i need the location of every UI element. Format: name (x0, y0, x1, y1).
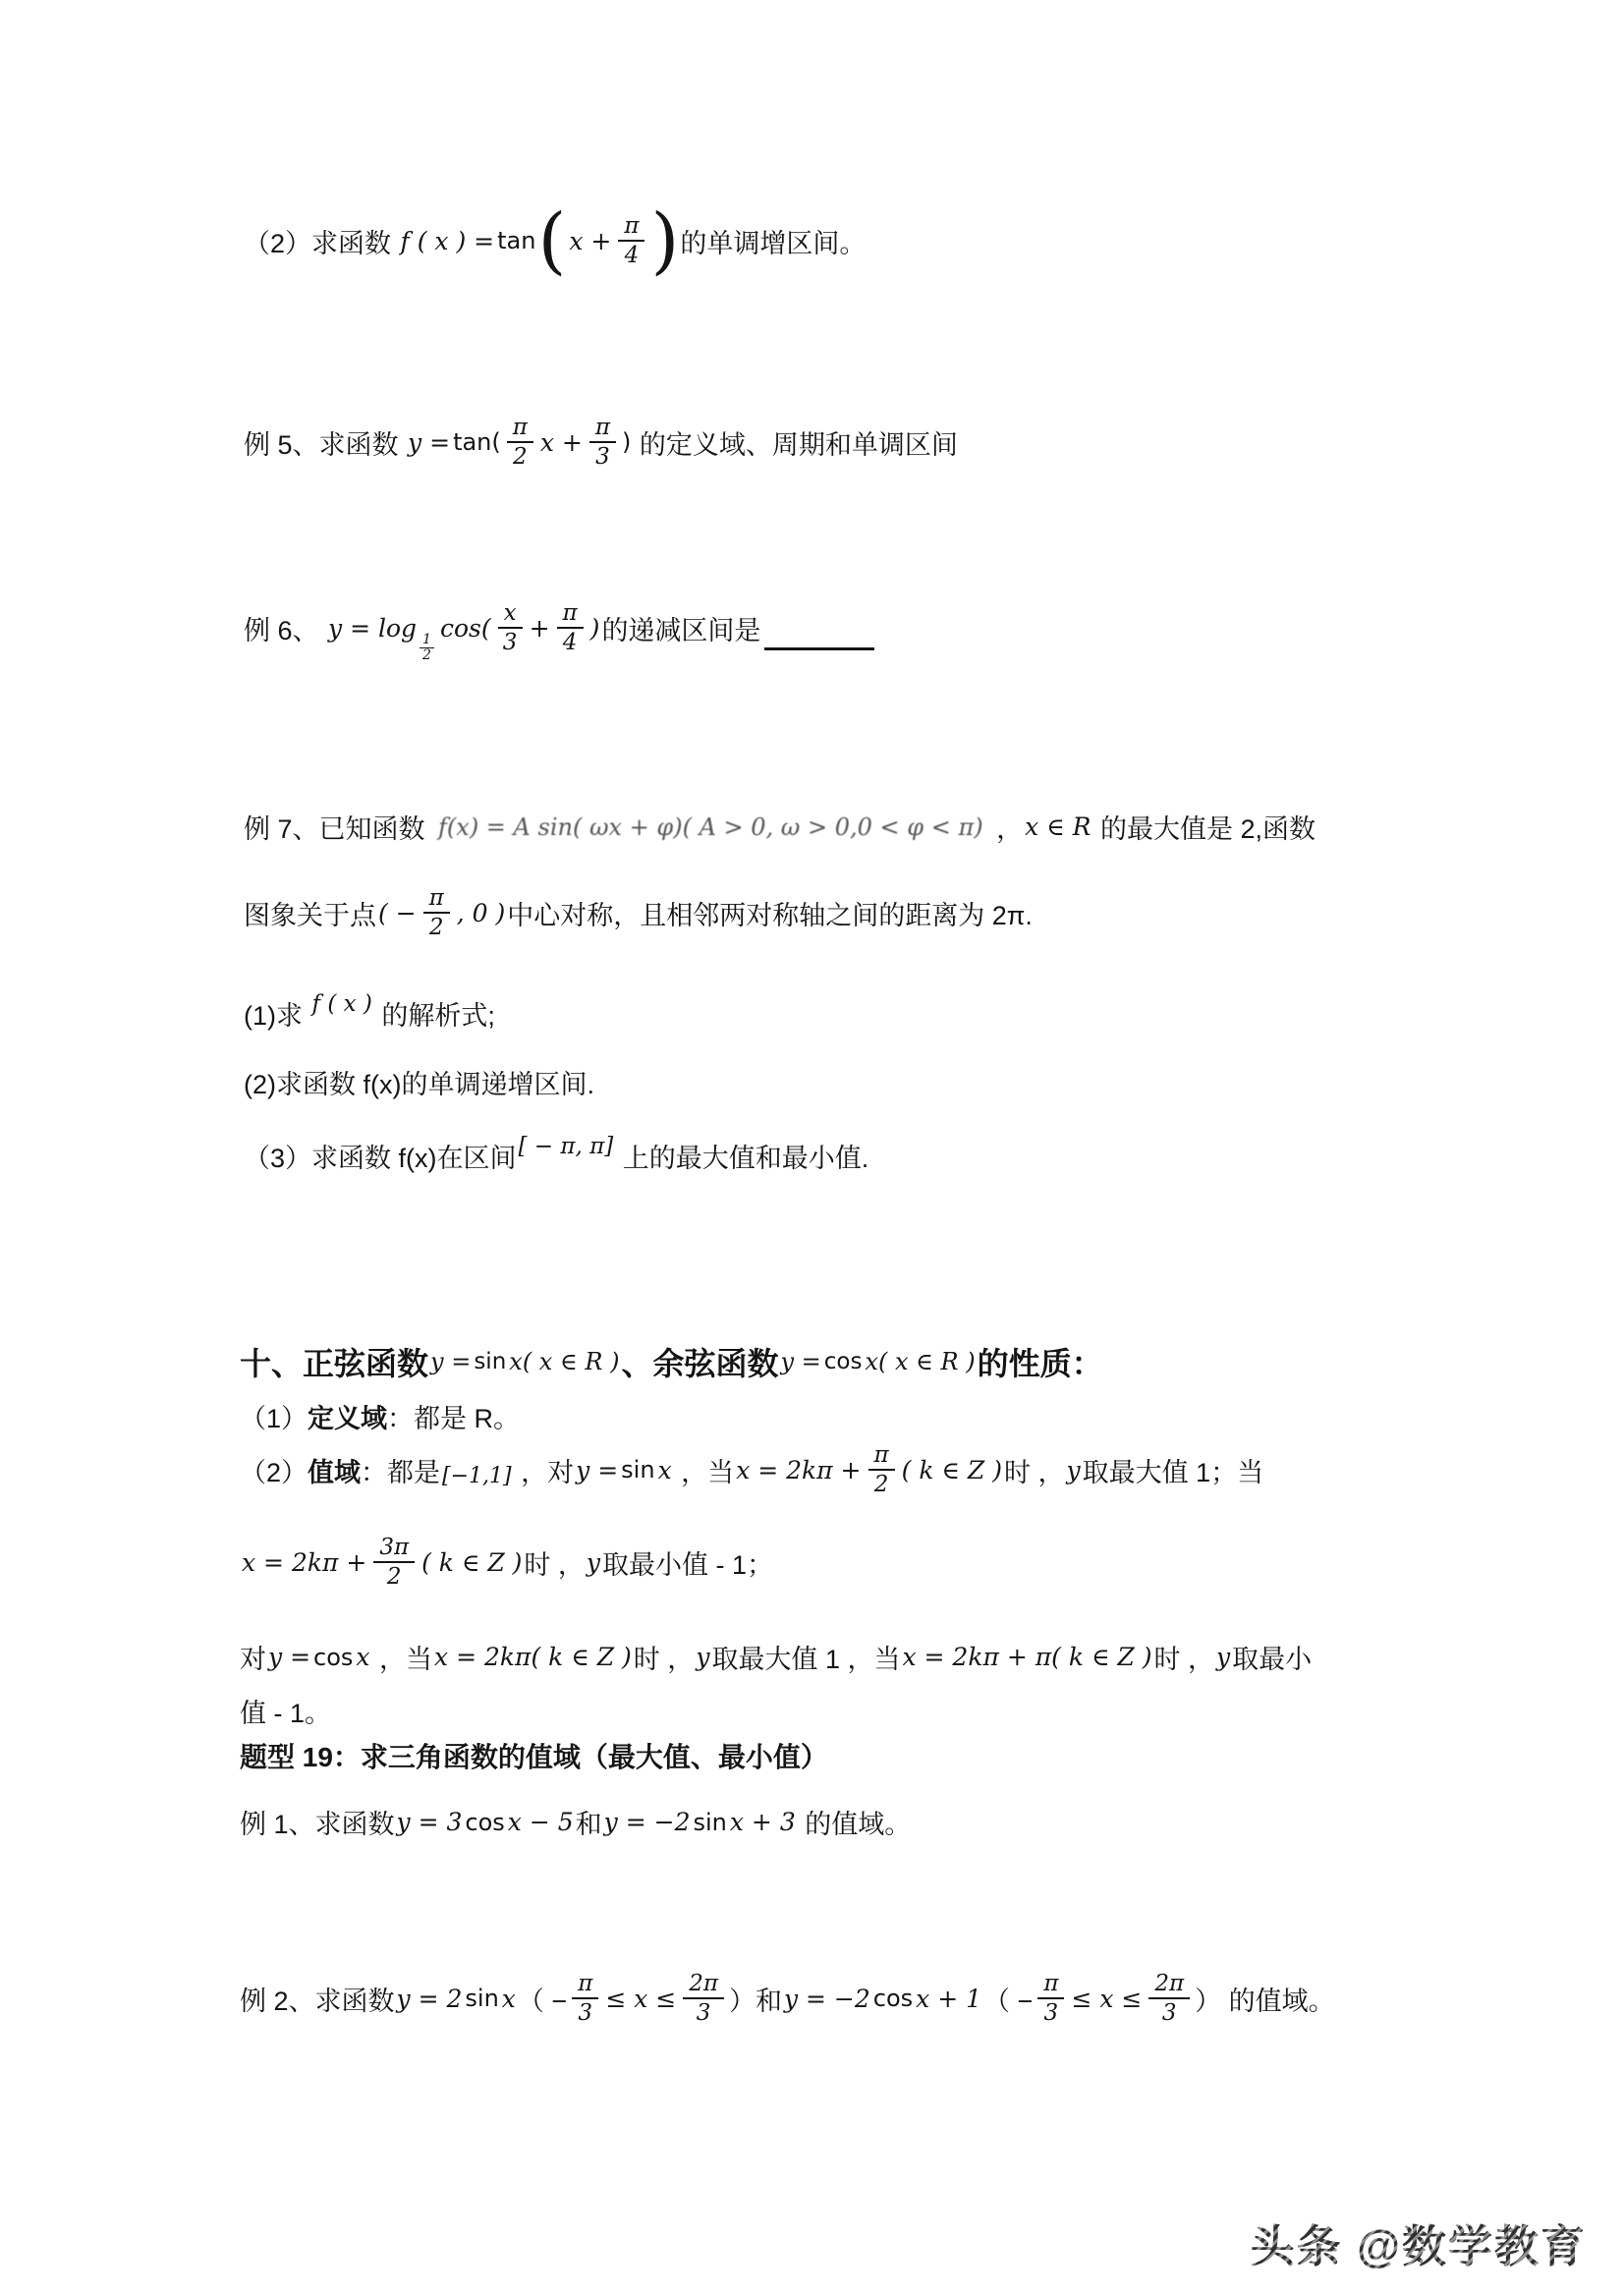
math-segment: f ( x ) (310, 991, 374, 1017)
math-function: sin (692, 1809, 727, 1836)
text-segment: 例 7、已知函数 (244, 808, 432, 846)
text-segment: 的解析式; (374, 994, 495, 1033)
text-segment: 和 (576, 1803, 602, 1841)
math-segment: ) (621, 428, 632, 456)
fraction: π 3 (572, 1971, 598, 2027)
text-segment: （ − (983, 1980, 1033, 2018)
example-7-part3-line: （3）求函数 f(x)在区间 [ − π, π] 上的最大值和最小值. (244, 1137, 868, 1175)
log-base-fraction: 1 2 (420, 633, 434, 664)
text-segment: （1） (240, 1397, 308, 1435)
math-function: cos (464, 1809, 505, 1836)
fraction: 3π 2 (373, 1535, 415, 1591)
example-6-line: 例 6、 y = log 1 2 cos( x 3 + π 4 ) 的递减区间是 (244, 600, 874, 656)
text-segment: ） (1195, 1980, 1221, 2018)
text-segment: 例 5、求函数 (244, 423, 406, 462)
example-1-line: 例 1、求函数 y = 3 cos x − 5 和 y = −2 sin x +… (240, 1803, 911, 1841)
cosine-property-continued-line: 值 - 1。 (240, 1692, 331, 1730)
watermark: 头条 @数学教育 (1251, 2211, 1587, 2274)
text-segment: 例 6、 (244, 609, 326, 647)
fraction: π 3 (1037, 1971, 1064, 2027)
math-segment: x = 2kπ + (734, 1456, 863, 1484)
text-segment: 图象关于点 (244, 894, 376, 932)
topic-19-heading: 题型 19：求三角函数的值域（最大值、最小值） (240, 1736, 828, 1775)
text-segment: 取最大值 1 ，当 (711, 1638, 900, 1676)
math-segment: x + (567, 227, 613, 255)
math-segment: y = (266, 1643, 312, 1671)
heading-text: 的性质： (978, 1339, 1103, 1384)
heading-separator: 、 (621, 1339, 652, 1384)
text-segment: 时 ， (634, 1638, 695, 1676)
text-segment: 时 ， (1154, 1638, 1215, 1676)
example-2-line: 例 2、求函数 y = 2 sin x （ − π 3 ≤ x ≤ 2π 3 ）… (240, 1971, 1335, 2027)
fraction: 2π 3 (1148, 1971, 1190, 2027)
problem-q2-line: （2）求函数 f ( x ) = tan ( x + π 4 ) 的单调增区间。 (244, 208, 866, 274)
fraction-numerator: π (507, 415, 533, 443)
text-segment: ，当 (372, 1638, 433, 1676)
fraction: π 4 (618, 213, 644, 269)
property-2-continued-line: x = 2kπ + 3π 2 ( k ∈ Z ) 时 ， y 取最小值 - 1； (240, 1535, 773, 1591)
text-segment: ，对 (514, 1451, 575, 1489)
math-segment: y (585, 1548, 602, 1577)
property-1-line: （1） 定义域 ：都是 R。 (240, 1397, 520, 1435)
math-segment: ≤ x ≤ (603, 1985, 678, 2013)
math-segment: x (500, 1985, 518, 2013)
math-segment: x + 3 (728, 1808, 798, 1836)
document-page: （2）求函数 f ( x ) = tan ( x + π 4 ) 的单调增区间。… (0, 0, 1624, 2296)
fraction-denominator: 2 (874, 1471, 889, 1497)
text-segment: ：都是 (361, 1451, 440, 1489)
fraction-denominator: 3 (1044, 1999, 1059, 2026)
watermark-text: 头条 @数学教育 (1251, 2221, 1587, 2271)
text-segment: 时 ， (1004, 1451, 1065, 1489)
text-segment: （2） (240, 1451, 308, 1489)
math-segment: ( − (376, 899, 419, 927)
fraction: π 2 (868, 1442, 895, 1498)
math-function: cos (312, 1644, 354, 1671)
math-segment: x + (538, 428, 585, 457)
fraction-numerator: 3π (373, 1535, 415, 1563)
section-number: 十、 (240, 1339, 303, 1384)
text-segment: (1)求 (244, 994, 310, 1033)
fraction-denominator: 4 (625, 242, 640, 268)
fill-in-blank (764, 621, 874, 650)
fraction-numerator: π (868, 1442, 895, 1471)
heading-text: 余弦函数 (652, 1339, 778, 1384)
property-label: 定义域 (308, 1397, 387, 1435)
fraction-numerator: π (589, 415, 616, 443)
property-2-line: （2） 值域 ：都是 [−1,1] ，对 y = sin x ，当 x = 2k… (240, 1442, 1263, 1498)
fraction-numerator: 2π (683, 1971, 724, 1999)
fraction-denominator: 3 (578, 1999, 592, 2026)
fraction-denominator: 3 (697, 1999, 711, 2026)
text-segment: 对 (240, 1638, 266, 1676)
fraction: π 2 (423, 885, 450, 941)
fraction-numerator: π (1037, 1971, 1064, 1999)
property-label: 值域 (308, 1451, 361, 1489)
math-segment: x = 2kπ( k ∈ Z ) (432, 1643, 634, 1671)
tall-paren-close: ) (650, 208, 679, 274)
math-segment: x ∈ R (1023, 812, 1092, 841)
fraction-numerator: x (498, 600, 523, 629)
math-segment: x (656, 1456, 674, 1484)
text-segment: 的递减区间是 (601, 609, 760, 647)
fraction: π 3 (589, 415, 616, 471)
math-segment: y = 3 (395, 1808, 465, 1836)
fraction-denominator: 3 (1162, 1999, 1177, 2026)
math-interval: [−1,1] (440, 1464, 514, 1488)
text-segment: 中心对称，且相邻两对称轴之间的距离为 2π. (507, 894, 1033, 932)
text-segment: 和 (756, 1980, 782, 2018)
math-segment: ( k ∈ Z ) (900, 1456, 1004, 1484)
math-interval: [ − π, π] (517, 1134, 616, 1159)
math-segment: ( k ∈ Z ) (420, 1548, 524, 1577)
text-segment: 时 ， (524, 1543, 585, 1582)
math-segment: y = (574, 1456, 620, 1484)
math-segment: ≤ x ≤ (1069, 1985, 1144, 2013)
fraction-denominator: 2 (429, 914, 444, 940)
math-segment: y = 2 (395, 1985, 465, 2013)
cosine-property-line: 对 y = cos x ，当 x = 2kπ( k ∈ Z ) 时 ， y 取最… (240, 1638, 1312, 1676)
math-segment: x( x ∈ R ) (507, 1348, 621, 1375)
math-segment: y = (778, 1348, 822, 1375)
text-segment: 的定义域、周期和单调区间 (632, 423, 958, 462)
text-segment: （2）求函数 (244, 222, 399, 260)
text-segment: ，当 (674, 1451, 735, 1489)
math-segment: y = (406, 428, 452, 457)
math-segment: y (694, 1643, 711, 1671)
math-segment: y = (428, 1348, 473, 1375)
fraction-numerator: π (423, 885, 450, 914)
math-segment: x (354, 1643, 371, 1671)
example-5-line: 例 5、求函数 y = tan( π 2 x + π 3 ) 的定义域、周期和单… (244, 415, 958, 471)
math-function: cos (872, 1985, 914, 2012)
math-segment: ) (588, 614, 602, 643)
fraction-numerator: π (572, 1971, 598, 1999)
fraction-numerator: 2π (1148, 1971, 1190, 1999)
math-function: tan (496, 227, 536, 254)
fraction-numerator: π (557, 600, 584, 629)
embedded-formula-image: f(x) = A sin( ωx + φ)( A > 0, ω > 0,0 < … (432, 813, 989, 841)
text-segment: 的最大值是 2,函数 (1092, 808, 1316, 846)
math-segment: x = 2kπ + (240, 1548, 368, 1577)
math-segment: x + 1 (914, 1985, 983, 2013)
text-segment: （ − (518, 1980, 567, 2018)
fraction-numerator: π (618, 213, 644, 242)
fraction-denominator: 2 (422, 648, 431, 663)
text-segment: 取最小值 - 1； (602, 1543, 773, 1582)
math-segment: y (1214, 1643, 1232, 1671)
text-segment: 的值域。 (1221, 1980, 1335, 2018)
math-segment: x( x ∈ R ) (863, 1348, 977, 1375)
heading-text: 正弦函数 (303, 1339, 428, 1384)
section-10-heading: 十、 正弦函数 y = sin x( x ∈ R ) 、 余弦函数 y = co… (240, 1339, 1103, 1384)
math-segment: y = log (326, 614, 419, 643)
math-function: tan( (452, 428, 502, 456)
fraction-denominator: 2 (513, 443, 528, 470)
math-segment: x = 2kπ + π( k ∈ Z ) (900, 1643, 1153, 1671)
text-segment: （3）求函数 f(x)在区间 (244, 1137, 517, 1175)
heading-text: 题型 19：求三角函数的值域（最大值、最小值） (240, 1736, 828, 1775)
fraction: π 2 (507, 415, 533, 471)
fraction: 2π 3 (683, 1971, 724, 2027)
fraction-denominator: 3 (503, 629, 518, 655)
math-segment: f ( x ) = (399, 227, 497, 255)
math-segment: + (528, 614, 552, 643)
math-function: sin (473, 1349, 507, 1374)
text-segment: 例 1、求函数 (240, 1803, 395, 1841)
fraction: π 4 (557, 600, 584, 656)
text-segment: ） (729, 1980, 756, 2018)
tall-paren-open: ( (537, 208, 566, 274)
text-segment: 值 - 1。 (240, 1692, 331, 1730)
fraction: x 3 (498, 600, 523, 656)
text-segment: 的单调增区间。 (680, 222, 866, 260)
fraction-denominator: 2 (387, 1563, 402, 1590)
example-7-part2-line: (2)求函数 f(x)的单调递增区间. (244, 1063, 594, 1101)
math-segment: , 0 ) (455, 899, 508, 927)
text-segment: 上的最大值和最小值. (615, 1137, 868, 1175)
fraction-denominator: 3 (595, 443, 610, 470)
math-segment: y (1064, 1456, 1082, 1484)
text-segment: ：都是 R。 (387, 1397, 520, 1435)
text-segment: 取最小 (1232, 1638, 1312, 1676)
math-segment: x − 5 (506, 1808, 576, 1836)
math-function: sin (464, 1985, 499, 2012)
example-7-symmetry-line: 图象关于点 ( − π 2 , 0 ) 中心对称，且相邻两对称轴之间的距离为 2… (244, 885, 1033, 941)
fraction-numerator: 1 (420, 633, 434, 648)
math-segment: y = −2 (782, 1985, 872, 2013)
fraction-denominator: 4 (563, 629, 578, 655)
math-segment: y = −2 (602, 1808, 693, 1836)
example-7-part1-line: (1)求 f ( x ) 的解析式; (244, 994, 495, 1033)
math-function: cos( (438, 614, 493, 643)
text-segment: 取最大值 1；当 (1083, 1451, 1264, 1489)
text-segment: ， (989, 808, 1024, 846)
text-segment: 例 2、求函数 (240, 1980, 395, 2018)
math-function: sin (620, 1456, 655, 1484)
example-7-line: 例 7、已知函数 f(x) = A sin( ωx + φ)( A > 0, ω… (244, 808, 1316, 846)
text-segment: 的值域。 (798, 1803, 912, 1841)
math-function: cos (823, 1349, 864, 1374)
text-segment: (2)求函数 f(x)的单调递增区间. (244, 1063, 594, 1101)
